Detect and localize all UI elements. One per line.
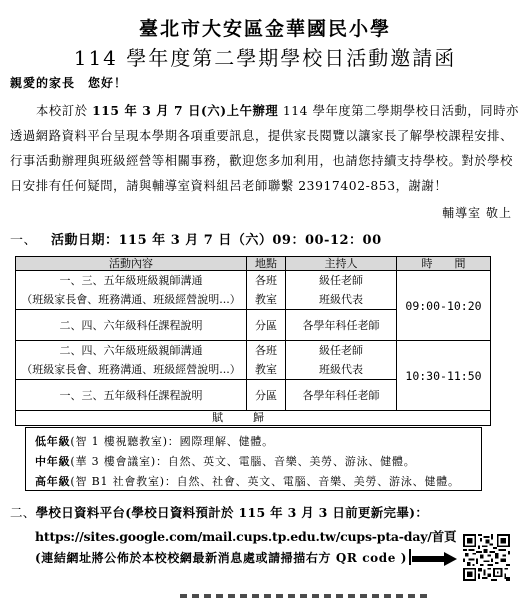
grade-label: 低年級: [35, 435, 70, 448]
arrow-right-icon: [412, 552, 457, 566]
host-line: 班級代表: [286, 360, 396, 379]
section-2-label: 學校日資料平台(學校日資料預計於 115 年 3 月 3 日前更新完畢)：: [36, 505, 429, 520]
host-cell: 各學年科任老師: [286, 310, 397, 341]
letter-body: 本校訂於 115 年 3 月 7 日(六)上午辦理 114 學年度第二學期學校日…: [10, 98, 520, 199]
header-activity: 活動內容: [16, 257, 247, 271]
activity-cell: 二、四、六年級科任課程說明: [16, 310, 247, 341]
host-cell: 級任老師班級代表: [286, 341, 397, 380]
host-line: 級任老師: [286, 271, 396, 290]
grade-location-low: 低年級(智 1 樓視聽教室)：國際理解、健體。: [35, 433, 274, 449]
place-cell: 各班教室: [247, 271, 286, 310]
cut-off-text-line: [180, 594, 430, 598]
place-line: 各班: [247, 341, 285, 360]
grade-label: 中年級: [35, 455, 70, 468]
table-row: 一、三、五年級班級親師溝通（班級家長會、班務溝通、班級經營說明...） 各班教室…: [16, 271, 491, 310]
host-cell: 各學年科任老師: [286, 380, 397, 411]
return-cell: 賦歸: [16, 411, 491, 426]
place-cell: 分區: [247, 380, 286, 411]
letter-body-prefix: 本校訂於: [36, 104, 92, 118]
host-line: 級任老師: [286, 341, 396, 360]
activity-line: 二、四、六年級班級親師溝通: [16, 341, 246, 360]
letter-body-date: 115 年 3 月 7 日(六)上午辦理: [92, 103, 278, 118]
grade-detail: (智 B1 社會教室)：自然、社會、英文、電腦、音樂、美勞、游泳、健體。: [70, 475, 459, 488]
schedule-table: 活動內容 地點 主持人 時 間 一、三、五年級班級親師溝通（班級家長會、班務溝通…: [15, 256, 491, 426]
qr-code-icon[interactable]: [463, 534, 510, 581]
document-title: 114 學年度第二學期學校日活動邀請函: [0, 42, 530, 71]
place-line: 教室: [247, 290, 285, 309]
host-cell: 級任老師班級代表: [286, 271, 397, 310]
host-line: 班級代表: [286, 290, 396, 309]
section-1-label: 活動日期：115 年 3 月 7 日（六）09：00-12：00: [51, 233, 382, 248]
grade-location-high: 高年級(智 B1 社會教室)：自然、社會、英文、電腦、音樂、美勞、游泳、健體。: [35, 473, 460, 489]
grade-location-mid: 中年級(華 3 樓會議室)：自然、英文、電腦、音樂、美勞、游泳、健體。: [35, 453, 416, 469]
time-cell: 10:30-11:50: [397, 341, 491, 411]
section-1-heading: 一、活動日期：115 年 3 月 7 日（六）09：00-12：00: [10, 229, 382, 248]
place-line: 教室: [247, 360, 285, 379]
grade-locations-box: 低年級(智 1 樓視聽教室)：國際理解、健體。 中年級(華 3 樓會議室)：自然…: [25, 427, 482, 491]
place-cell: 各班教室: [247, 341, 286, 380]
table-row: 二、四、六年級班級親師溝通（班級家長會、班務溝通、班級經營說明...） 各班教室…: [16, 341, 491, 380]
signature: 輔導室 敬上: [442, 204, 512, 221]
platform-url-link[interactable]: https://sites.google.com/mail.cups.tp.ed…: [35, 527, 456, 545]
table-row-return: 賦歸: [16, 411, 491, 426]
table-header-row: 活動內容 地點 主持人 時 間: [16, 257, 491, 271]
activity-cell: 一、三、五年級科任課程說明: [16, 380, 247, 411]
header-place: 地點: [247, 257, 286, 271]
grade-label: 高年級: [35, 475, 70, 488]
grade-detail: (華 3 樓會議室)：自然、英文、電腦、音樂、美勞、游泳、健體。: [70, 455, 415, 468]
activity-cell: 一、三、五年級班級親師溝通（班級家長會、班務溝通、班級經營說明...）: [16, 271, 247, 310]
place-cell: 分區: [247, 310, 286, 341]
greeting: 親愛的家長 您好！: [10, 74, 127, 91]
section-1-number: 一、: [10, 233, 37, 248]
text-cursor: [409, 549, 411, 565]
place-line: 各班: [247, 271, 285, 290]
header-time: 時 間: [397, 257, 491, 271]
activity-line: （班級家長會、班務溝通、班級經營說明...）: [16, 290, 246, 309]
header-host: 主持人: [286, 257, 397, 271]
section-2-heading: 二、學校日資料平台(學校日資料預計於 115 年 3 月 3 日前更新完畢)：: [10, 503, 428, 521]
activity-line: 一、三、五年級班級親師溝通: [16, 271, 246, 290]
activity-line: （班級家長會、班務溝通、班級經營說明...）: [16, 360, 246, 379]
school-name: 臺北市大安區金華國民小學: [0, 14, 530, 41]
time-cell: 09:00-10:20: [397, 271, 491, 341]
grade-detail: (智 1 樓視聽教室)：國際理解、健體。: [70, 435, 274, 448]
qr-note: (連結網址將公佈於本校校網最新消息處或請掃描右方 QR code ): [35, 549, 407, 566]
activity-cell: 二、四、六年級班級親師溝通（班級家長會、班務溝通、班級經營說明...）: [16, 341, 247, 380]
section-2-number: 二、: [10, 505, 36, 520]
